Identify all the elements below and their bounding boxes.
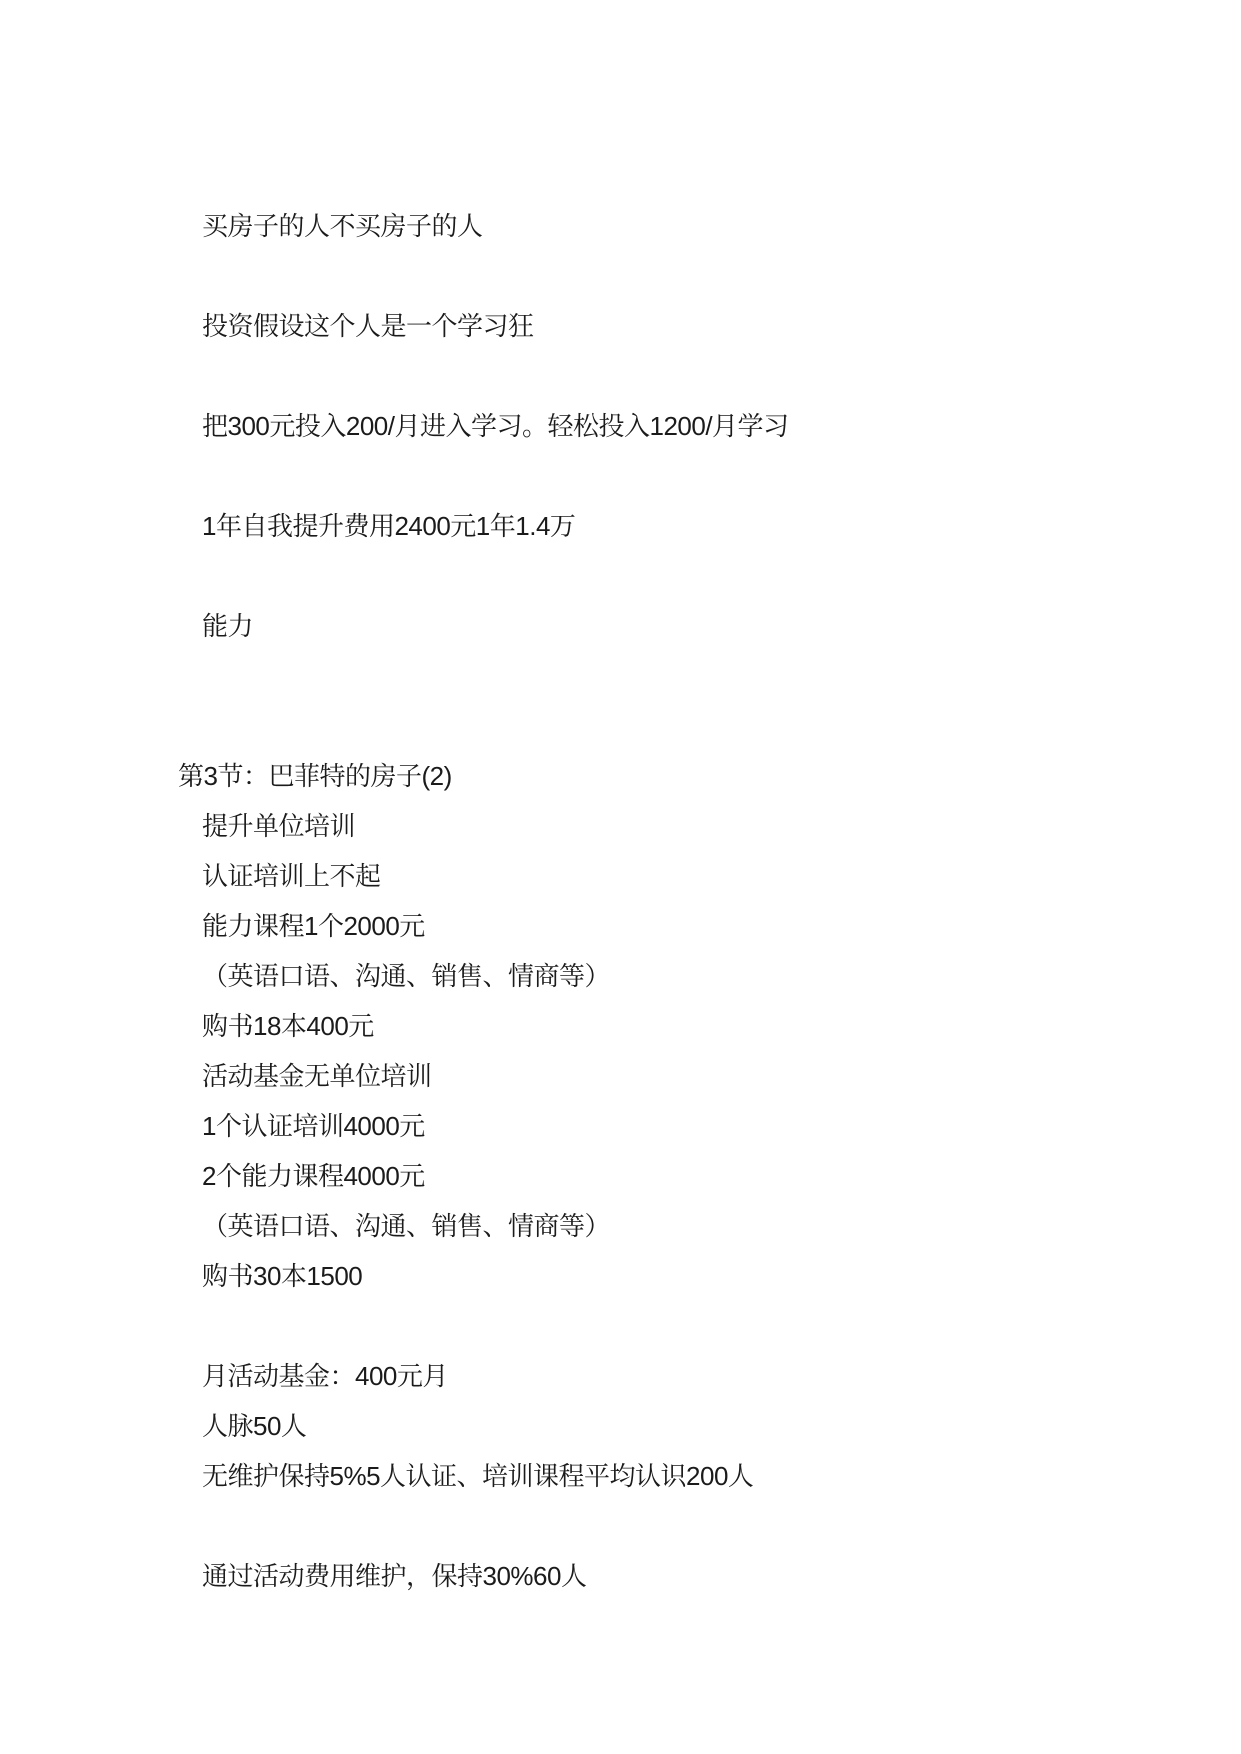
document-line: 购书18本400元 bbox=[178, 1001, 1178, 1051]
document-line: 通过活动费用维护，保持30%60人 bbox=[178, 1551, 1178, 1601]
empty-line bbox=[178, 351, 1178, 401]
section-heading: 第3节：巴菲特的房子(2) bbox=[178, 751, 1178, 801]
document-body: 买房子的人不买房子的人 投资假设这个人是一个学习狂 把300元投入200/月进入… bbox=[178, 201, 1178, 1601]
empty-line bbox=[178, 1301, 1178, 1351]
document-line: 1个认证培训4000元 bbox=[178, 1101, 1178, 1151]
document-line: 1年自我提升费用2400元1年1.4万 bbox=[178, 501, 1178, 551]
document-page: 买房子的人不买房子的人 投资假设这个人是一个学习狂 把300元投入200/月进入… bbox=[0, 0, 1241, 1754]
document-line: 提升单位培训 bbox=[178, 801, 1178, 851]
empty-line bbox=[178, 701, 1178, 751]
document-line: 人脉50人 bbox=[178, 1401, 1178, 1451]
document-line: 购书30本1500 bbox=[178, 1251, 1178, 1301]
document-line: （英语口语、沟通、销售、情商等） bbox=[178, 1201, 1178, 1251]
document-line: 投资假设这个人是一个学习狂 bbox=[178, 301, 1178, 351]
document-line: 能力课程1个2000元 bbox=[178, 901, 1178, 951]
document-line: 买房子的人不买房子的人 bbox=[178, 201, 1178, 251]
empty-line bbox=[178, 451, 1178, 501]
document-line: 能力 bbox=[178, 601, 1178, 651]
empty-line bbox=[178, 1501, 1178, 1551]
document-line: （英语口语、沟通、销售、情商等） bbox=[178, 951, 1178, 1001]
document-line: 无维护保持5%5人认证、培训课程平均认识200人 bbox=[178, 1451, 1178, 1501]
document-line: 月活动基金：400元月 bbox=[178, 1351, 1178, 1401]
empty-line bbox=[178, 251, 1178, 301]
document-line: 2个能力课程4000元 bbox=[178, 1151, 1178, 1201]
empty-line bbox=[178, 551, 1178, 601]
document-line: 把300元投入200/月进入学习。轻松投入1200/月学习 bbox=[178, 401, 1178, 451]
document-line: 活动基金无单位培训 bbox=[178, 1051, 1178, 1101]
empty-line bbox=[178, 651, 1178, 701]
document-line: 认证培训上不起 bbox=[178, 851, 1178, 901]
